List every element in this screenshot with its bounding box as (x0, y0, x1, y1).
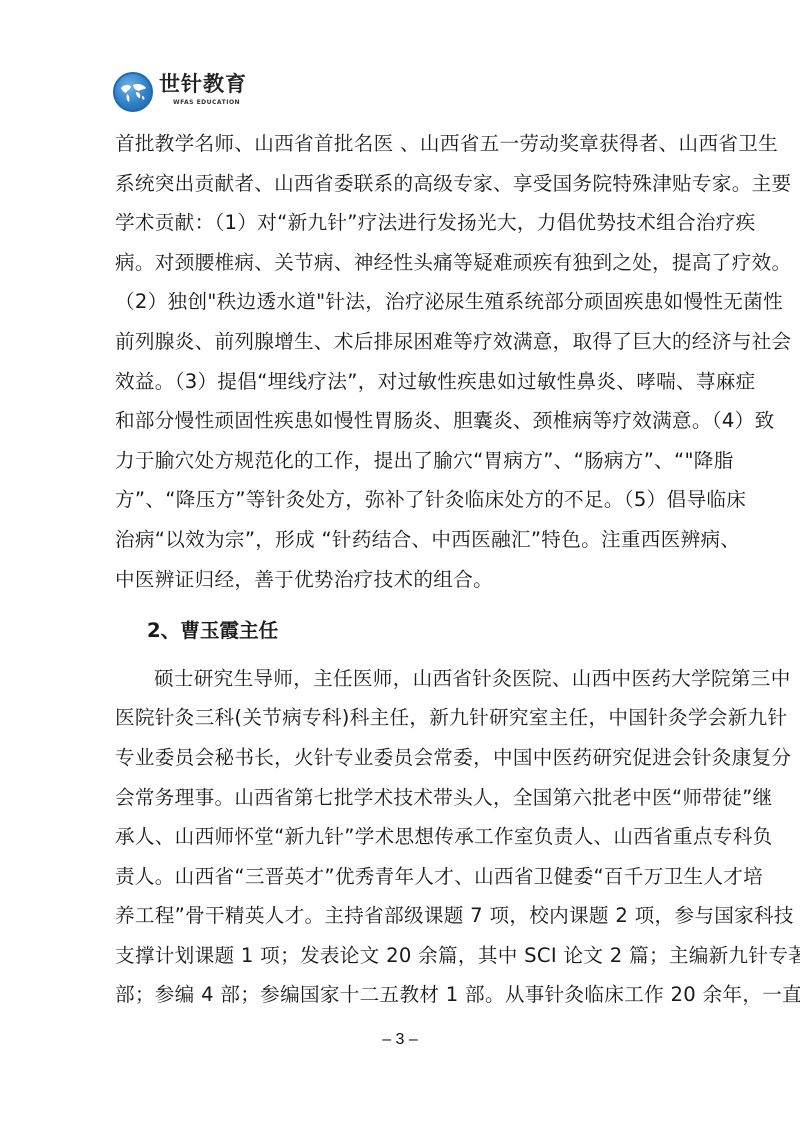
section-heading: 2、曹玉霞主任 (115, 611, 710, 651)
text-line: 前列腺炎、前列腺增生、术后排尿困难等疗效满意，取得了巨大的经济与社会 (115, 322, 710, 362)
text-line: 责人。山西省“三晋英才”优秀青年人才、山西省卫健委“百千万卫生人才培 (115, 857, 710, 897)
text-line: 力于腧穴处方规范化的工作，提出了腧穴“胃病方”、“肠病方”、“"降脂 (115, 441, 710, 481)
page-number: – 3 – (0, 1031, 800, 1049)
logo: 世针教育 WFAS EDUCATION (113, 72, 247, 112)
text-line: 效益。（3）提倡“埋线疗法”，对过敏性疾患如过敏性鼻炎、哮喘、荨麻症 (115, 362, 710, 402)
text-line: 系统突出贡献者、山西省委联系的高级专家、享受国务院特殊津贴专家。主要 (115, 164, 710, 204)
globe-icon (113, 72, 153, 112)
text-line: 部；参编 4 部；参编国家十二五教材 1 部。从事针灸临床工作 20 余年，一直 (115, 975, 710, 1015)
text-line: 首批教学名师、山西省首批名医 、山西省五一劳动奖章获得者、山西省卫生 (115, 124, 710, 164)
text-line: 方”、“降压方”等针灸处方，弥补了针灸临床处方的不足。（5）倡导临床 (115, 480, 710, 520)
text-line: 支撑计划课题 1 项；发表论文 20 余篇，其中 SCI 论文 2 篇；主编新九… (115, 936, 710, 976)
section-1-paragraph: 首批教学名师、山西省首批名医 、山西省五一劳动奖章获得者、山西省卫生 系统突出贡… (115, 124, 710, 599)
text-line: 和部分慢性顽固性疾患如慢性胃肠炎、胆囊炎、颈椎病等疗效满意。（4）致 (115, 401, 710, 441)
text-line: 硕士研究生导师，主任医师，山西省针灸医院、山西中医药大学院第三中 (115, 659, 710, 699)
text-line: 学术贡献：（1）对“新九针”疗法进行发扬光大，力倡优势技术组合治疗疾 (115, 203, 710, 243)
text-line: 专业委员会秘书长，火针专业委员会常委，中国中医药研究促进会针灸康复分 (115, 738, 710, 778)
document-body: 首批教学名师、山西省首批名医 、山西省五一劳动奖章获得者、山西省卫生 系统突出贡… (115, 124, 710, 1015)
text-line: （2）独创"秩边透水道"针法，治疗泌尿生殖系统部分顽固疾患如慢性无菌性 (115, 282, 710, 322)
text-line: 病。对颈腰椎病、关节病、神经性头痛等疑难顽疾有独到之处，提高了疗效。 (115, 243, 710, 283)
text-line: 会常务理事。山西省第七批学术技术带头人，全国第六批老中医“师带徒”继 (115, 778, 710, 818)
logo-subtitle: WFAS EDUCATION (159, 99, 247, 106)
text-line: 中医辨证归经，善于优势治疗技术的组合。 (115, 560, 710, 600)
text-line: 医院针灸三科(关节病专科)科主任，新九针研究室主任，中国针灸学会新九针 (115, 698, 710, 738)
text-line: 治病“以效为宗”，形成 “针药结合、中西医融汇”特色。注重西医辨病、 (115, 520, 710, 560)
text-line: 承人、山西师怀堂“新九针”学术思想传承工作室负责人、山西省重点专科负 (115, 817, 710, 857)
text-line: 养工程”骨干精英人才。主持省部级课题 7 项，校内课题 2 项，参与国家科技 (115, 896, 710, 936)
section-2-paragraph: 硕士研究生导师，主任医师，山西省针灸医院、山西中医药大学院第三中 医院针灸三科(… (115, 659, 710, 1015)
logo-title: 世针教育 (159, 72, 247, 96)
